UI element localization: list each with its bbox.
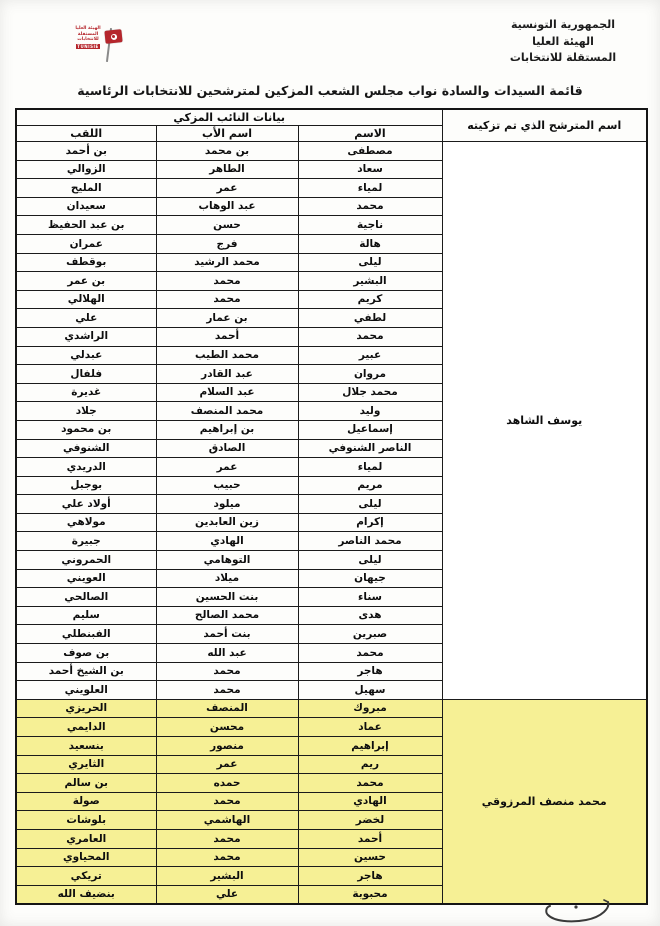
- cell-surname: بن عبد الحفيظ: [16, 216, 156, 235]
- cell-first-name: عماد: [298, 718, 442, 737]
- cell-surname: جلاد: [16, 402, 156, 421]
- column-header-candidate: اسم المترشح الذي تم تزكيته: [442, 109, 647, 142]
- cell-first-name: حسين: [298, 848, 442, 867]
- cell-surname: بن محمود: [16, 420, 156, 439]
- cell-first-name: محمد: [298, 644, 442, 663]
- cell-surname: علي: [16, 309, 156, 328]
- cell-surname: الشنوفي: [16, 439, 156, 458]
- handwritten-signature-mark: [538, 899, 616, 926]
- table-body: يوسف الشاهدمصطفىبن محمدبن أحمدسعادالطاهر…: [16, 142, 647, 905]
- cell-father-name: التوهامي: [156, 551, 298, 570]
- cell-father-name: أحمد: [156, 327, 298, 346]
- endorsements-table: اسم المترشح الذي تم تزكيته بيانات النائب…: [15, 108, 648, 905]
- cell-father-name: منصور: [156, 737, 298, 756]
- cell-first-name: هدى: [298, 606, 442, 625]
- cell-surname: مولاهي: [16, 513, 156, 532]
- cell-surname: عبدلي: [16, 346, 156, 365]
- cell-surname: صولة: [16, 792, 156, 811]
- cell-father-name: الهادي: [156, 532, 298, 551]
- isie-logo-text: الهيئة العليا المستقلة للانتخابات TUNISI…: [72, 26, 104, 51]
- cell-father-name: بنت الحسين: [156, 588, 298, 607]
- agency-line-independent: المستقلة للانتخابات: [488, 50, 638, 67]
- cell-father-name: بن إبراهيم: [156, 420, 298, 439]
- cell-surname: سليم: [16, 606, 156, 625]
- candidate-name-cell: محمد منصف المرزوقي: [442, 699, 647, 904]
- cell-father-name: بن عمار: [156, 309, 298, 328]
- cell-first-name: الهادي: [298, 792, 442, 811]
- agency-line-authority: الهيئة العليا: [488, 34, 638, 51]
- cell-father-name: فرج: [156, 234, 298, 253]
- cell-first-name: ناجية: [298, 216, 442, 235]
- cell-father-name: عبد السلام: [156, 383, 298, 402]
- cell-first-name: محمد: [298, 774, 442, 793]
- cell-father-name: حسن: [156, 216, 298, 235]
- cell-father-name: عمر: [156, 179, 298, 198]
- cell-first-name: لطفي: [298, 309, 442, 328]
- cell-father-name: بنت أحمد: [156, 625, 298, 644]
- cell-surname: تريكي: [16, 867, 156, 886]
- cell-first-name: محبوبة: [298, 885, 442, 904]
- cell-father-name: عبد الله: [156, 644, 298, 663]
- cell-first-name: الناصر الشنوفي: [298, 439, 442, 458]
- cell-father-name: محمد: [156, 848, 298, 867]
- cell-first-name: مبروك: [298, 699, 442, 718]
- cell-surname: الحمروني: [16, 551, 156, 570]
- cell-surname: الفبنطلي: [16, 625, 156, 644]
- cell-first-name: محمد: [298, 327, 442, 346]
- table-header-row: اسم المترشح الذي تم تزكيته بيانات النائب…: [16, 109, 647, 126]
- cell-first-name: مروان: [298, 365, 442, 384]
- cell-surname: الحريزي: [16, 699, 156, 718]
- column-header-father-name: اسم الأب: [156, 126, 298, 142]
- cell-surname: بن الشيخ أحمد: [16, 662, 156, 681]
- cell-first-name: عبير: [298, 346, 442, 365]
- cell-father-name: محمد: [156, 681, 298, 700]
- table-row: محمد منصف المرزوقيمبروكالمنصفالحريزي: [16, 699, 647, 718]
- cell-father-name: محسن: [156, 718, 298, 737]
- cell-surname: بن عمر: [16, 272, 156, 291]
- cell-first-name: مريم: [298, 476, 442, 495]
- cell-surname: العويني: [16, 569, 156, 588]
- cell-surname: المليح: [16, 179, 156, 198]
- cell-surname: الهلالي: [16, 290, 156, 309]
- cell-first-name: مصطفى: [298, 142, 442, 161]
- cell-first-name: ريم: [298, 755, 442, 774]
- cell-surname: بنضيف الله: [16, 885, 156, 904]
- cell-first-name: أحمد: [298, 829, 442, 848]
- cell-surname: الدريدي: [16, 458, 156, 477]
- cell-first-name: لخضر: [298, 811, 442, 830]
- cell-father-name: محمد: [156, 662, 298, 681]
- cell-surname: العامري: [16, 829, 156, 848]
- cell-father-name: المنصف: [156, 699, 298, 718]
- cell-surname: بن صوف: [16, 644, 156, 663]
- cell-father-name: الهاشمي: [156, 811, 298, 830]
- cell-surname: بن أحمد: [16, 142, 156, 161]
- cell-father-name: محمد الرشيد: [156, 253, 298, 272]
- cell-father-name: محمد: [156, 272, 298, 291]
- cell-surname: أولاد علي: [16, 495, 156, 514]
- cell-first-name: ليلى: [298, 253, 442, 272]
- scanned-document-page: الجمهورية التونسية الهيئة العليا المستقل…: [0, 0, 660, 926]
- candidate-name-cell: يوسف الشاهد: [442, 142, 647, 700]
- column-header-first-name: الاسم: [298, 126, 442, 142]
- cell-surname: الدايمي: [16, 718, 156, 737]
- cell-first-name: هالة: [298, 234, 442, 253]
- cell-father-name: حبيب: [156, 476, 298, 495]
- cell-surname: بلوشات: [16, 811, 156, 830]
- cell-father-name: محمد: [156, 829, 298, 848]
- cell-first-name: إسماعيل: [298, 420, 442, 439]
- cell-first-name: سناء: [298, 588, 442, 607]
- table-row: يوسف الشاهدمصطفىبن محمدبن أحمد: [16, 142, 647, 161]
- cell-surname: جبيرة: [16, 532, 156, 551]
- cell-first-name: سهيل: [298, 681, 442, 700]
- column-group-header: بيانات النائب المزكي: [16, 109, 442, 126]
- tunisia-flag-icon: [104, 29, 122, 44]
- cell-first-name: إبراهيم: [298, 737, 442, 756]
- cell-father-name: عمر: [156, 755, 298, 774]
- cell-surname: الراشدي: [16, 327, 156, 346]
- cell-father-name: عبد القادر: [156, 365, 298, 384]
- cell-surname: الصالحي: [16, 588, 156, 607]
- isie-logo: الهيئة العليا المستقلة للانتخابات TUNISI…: [72, 22, 122, 68]
- cell-father-name: عبد الوهاب: [156, 197, 298, 216]
- cell-first-name: محمد: [298, 197, 442, 216]
- cell-surname: فلفال: [16, 365, 156, 384]
- cell-father-name: البشير: [156, 867, 298, 886]
- cell-father-name: ميلاد: [156, 569, 298, 588]
- cell-father-name: محمد المنصف: [156, 402, 298, 421]
- cell-father-name: الطاهر: [156, 160, 298, 179]
- cell-father-name: بن محمد: [156, 142, 298, 161]
- cell-surname: عمران: [16, 234, 156, 253]
- cell-father-name: ميلود: [156, 495, 298, 514]
- cell-surname: بنسعيد: [16, 737, 156, 756]
- cell-father-name: علي: [156, 885, 298, 904]
- cell-first-name: جيهان: [298, 569, 442, 588]
- agency-line-republic: الجمهورية التونسية: [488, 17, 638, 34]
- cell-father-name: الصادق: [156, 439, 298, 458]
- cell-surname: الزوالي: [16, 160, 156, 179]
- cell-father-name: عمر: [156, 458, 298, 477]
- cell-first-name: إكرام: [298, 513, 442, 532]
- cell-first-name: كريم: [298, 290, 442, 309]
- cell-surname: بوقطف: [16, 253, 156, 272]
- cell-surname: بن سالم: [16, 774, 156, 793]
- cell-surname: المحياوي: [16, 848, 156, 867]
- cell-first-name: محمد جلال: [298, 383, 442, 402]
- cell-father-name: حمده: [156, 774, 298, 793]
- column-header-surname: اللقب: [16, 126, 156, 142]
- cell-father-name: محمد الصالح: [156, 606, 298, 625]
- cell-surname: سعيدان: [16, 197, 156, 216]
- isie-logo-latin: TUNISIE: [76, 44, 99, 49]
- cell-father-name: محمد: [156, 290, 298, 309]
- cell-first-name: ليلى: [298, 495, 442, 514]
- cell-surname: غديرة: [16, 383, 156, 402]
- cell-father-name: محمد الطيب: [156, 346, 298, 365]
- cell-first-name: البشير: [298, 272, 442, 291]
- cell-father-name: زين العابدين: [156, 513, 298, 532]
- cell-first-name: لمياء: [298, 179, 442, 198]
- cell-first-name: صبرين: [298, 625, 442, 644]
- cell-first-name: وليد: [298, 402, 442, 421]
- cell-surname: العلويني: [16, 681, 156, 700]
- cell-surname: بوجبل: [16, 476, 156, 495]
- cell-first-name: لمياء: [298, 458, 442, 477]
- cell-first-name: هاجر: [298, 867, 442, 886]
- document-title: قائمة السيدات والسادة نواب مجلس الشعب ال…: [0, 83, 660, 98]
- cell-father-name: محمد: [156, 792, 298, 811]
- cell-first-name: محمد الناصر: [298, 532, 442, 551]
- agency-title-block: الجمهورية التونسية الهيئة العليا المستقل…: [488, 17, 638, 67]
- cell-surname: الثايري: [16, 755, 156, 774]
- cell-first-name: سعاد: [298, 160, 442, 179]
- cell-first-name: ليلى: [298, 551, 442, 570]
- cell-first-name: هاجر: [298, 662, 442, 681]
